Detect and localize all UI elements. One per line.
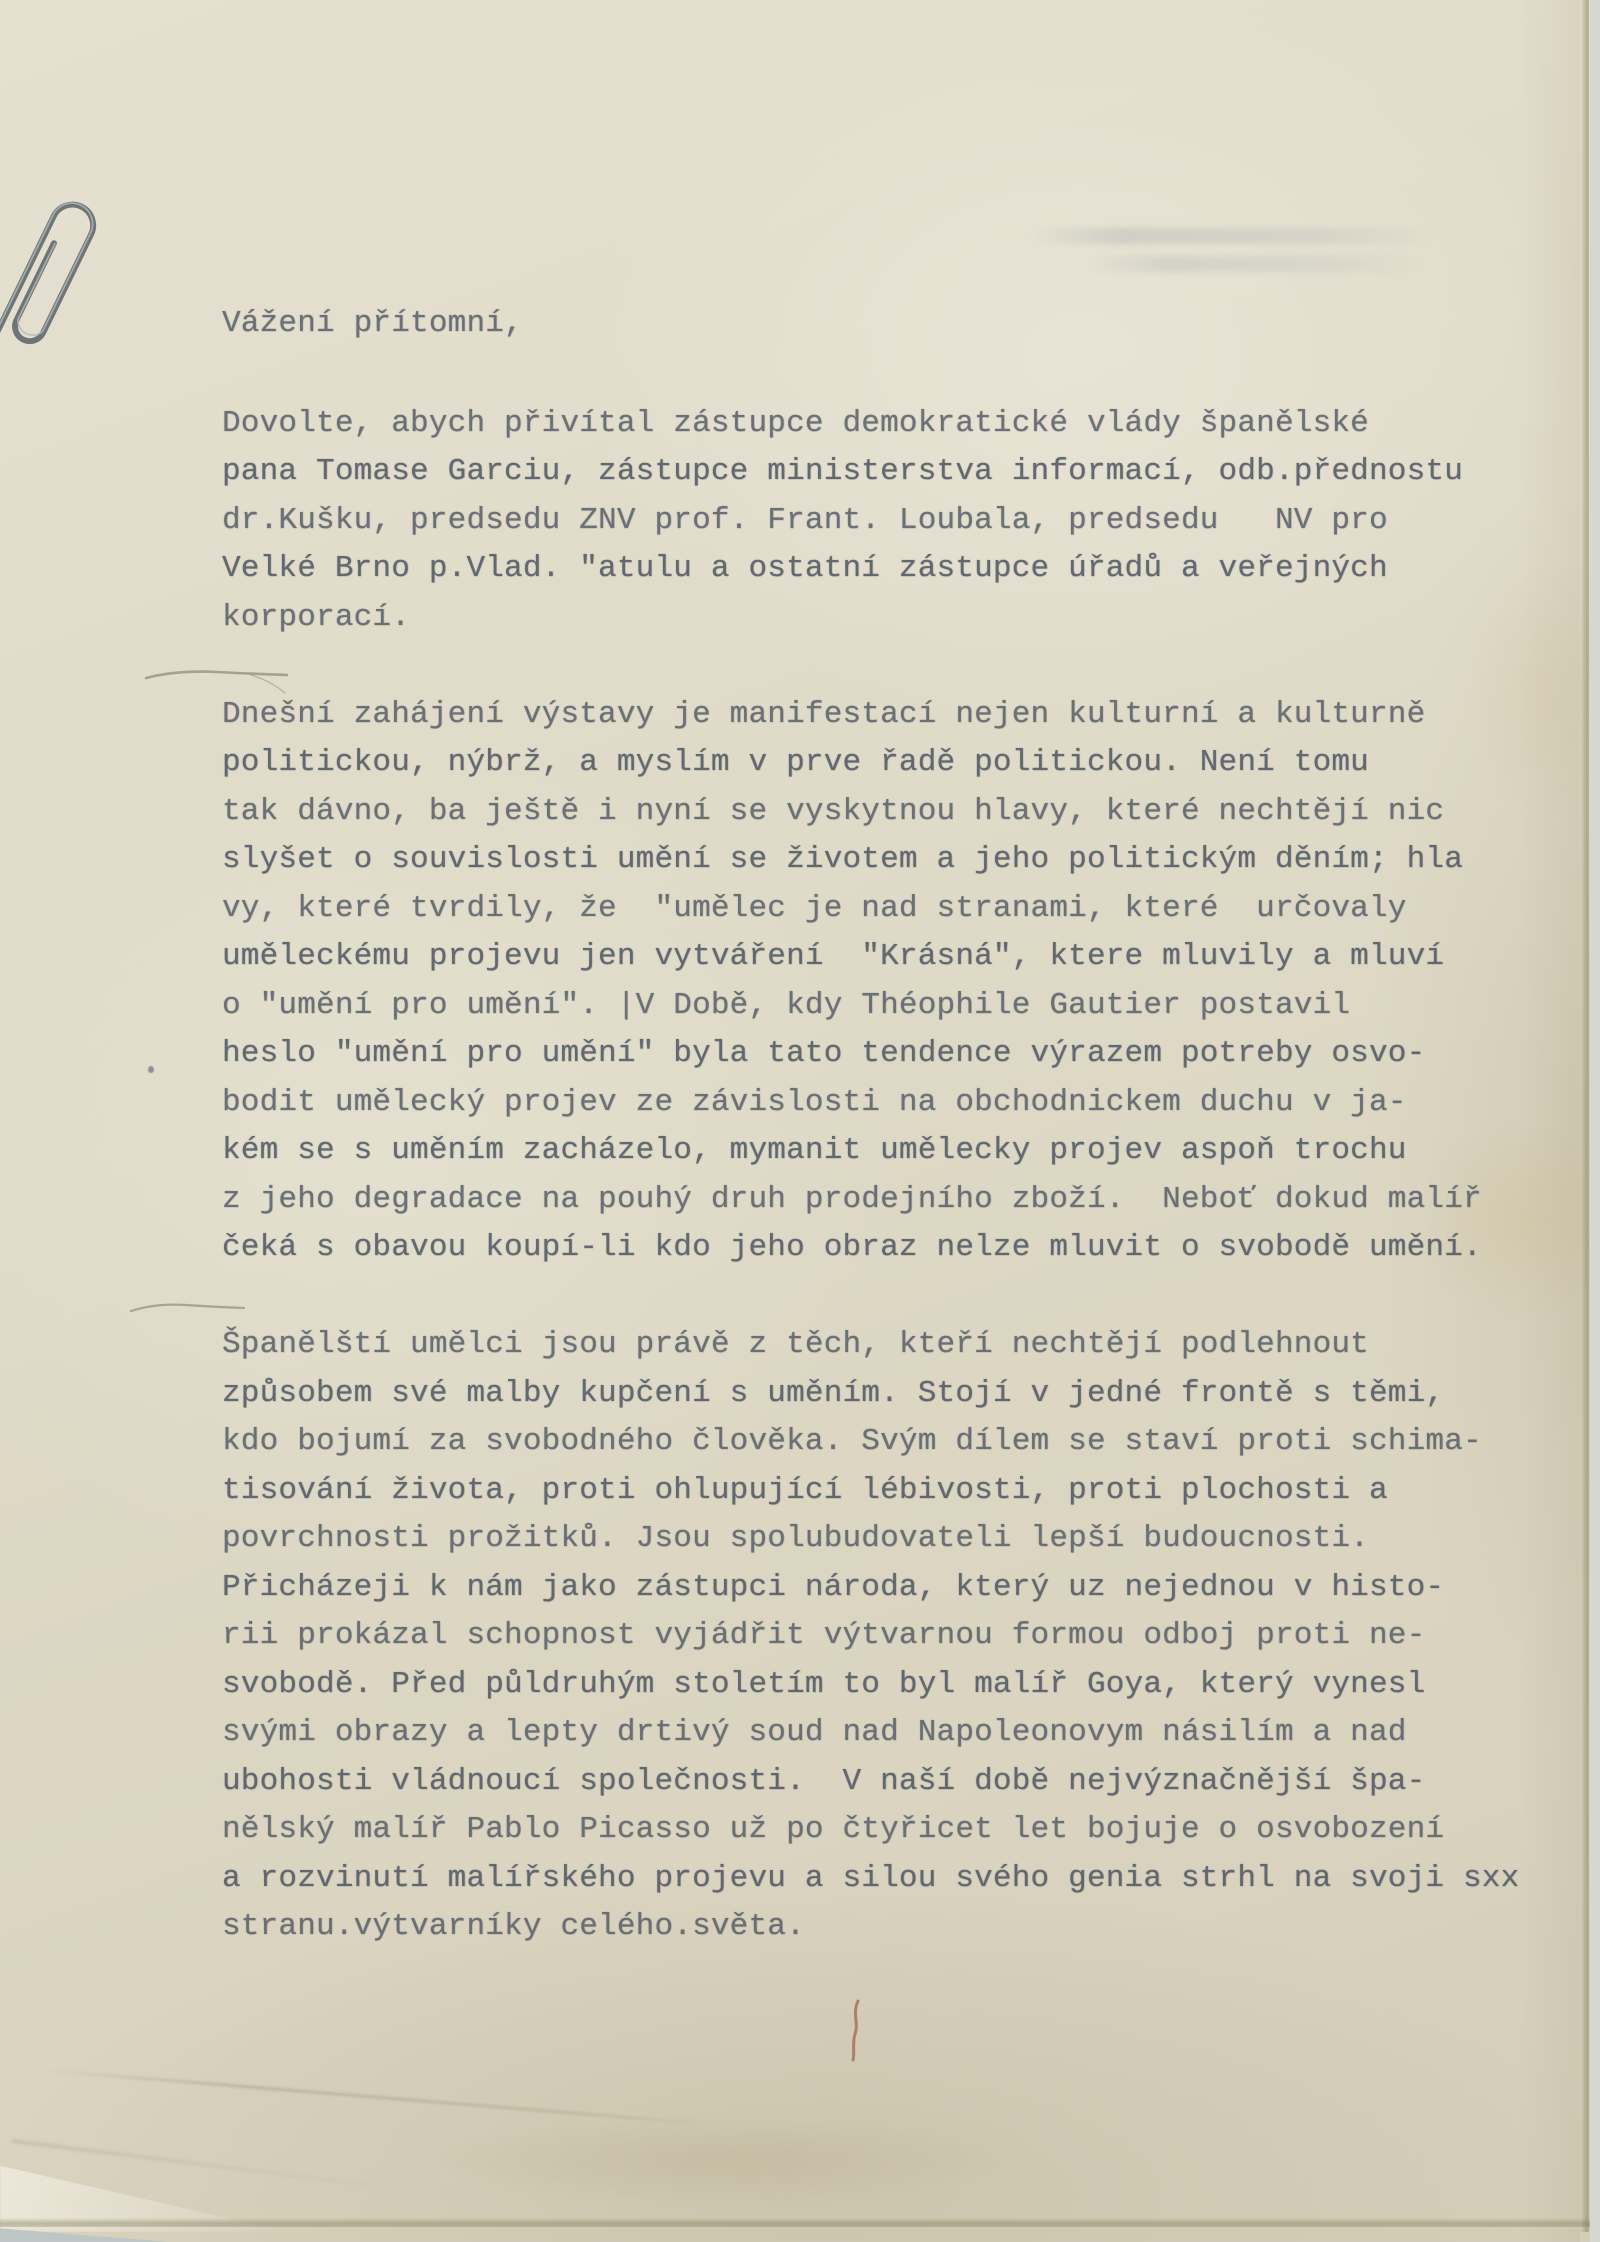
text-line: kdo bojumí za svobodného člověka. Svým d… <box>222 1418 1552 1467</box>
paper-edge-bottom <box>0 2218 1590 2227</box>
paperclip-icon <box>0 177 124 382</box>
pencil-margin-mark <box>128 1298 248 1328</box>
text-line: z jeho degradace na pouhý druh prodejníh… <box>222 1176 1552 1225</box>
text-line: svobodě. Před půldruhým stoletím to byl … <box>222 1661 1552 1710</box>
text-line: dr.Kušku, predsedu ZNV prof. Frant. Loub… <box>222 497 1552 546</box>
text-line: ubohosti vládnoucí společnosti. V naší d… <box>222 1758 1552 1807</box>
text-line: rii prokázal schopnost vyjádřit výtvarno… <box>222 1612 1552 1661</box>
text-line: kém se s uměním zacházelo, mymanit uměle… <box>222 1127 1552 1176</box>
paper-edge-right <box>1580 0 1589 2232</box>
text-line: způsobem své malby kupčení s uměním. Sto… <box>222 1370 1552 1419</box>
text-line: politickou, nýbrž, a myslím v prve řadě … <box>222 739 1552 788</box>
text-line: korporací. <box>222 594 1552 643</box>
text-line: tisování života, proti ohlupující lébivo… <box>222 1467 1552 1516</box>
text-line: vy, které tvrdily, že "umělec je nad str… <box>222 885 1552 934</box>
text-line: slyšet o souvislosti umění se životem a … <box>222 836 1552 885</box>
text-line: Dnešní zahájení výstavy je manifestací n… <box>222 691 1552 740</box>
text-line: o "umění pro umění". |V Době, kdy Théoph… <box>222 982 1552 1031</box>
paragraph-3: Španělští umělci jsou právě z těch, kteř… <box>222 1321 1552 1952</box>
text-line: a rozvinutí malířského projevu a silou s… <box>222 1855 1552 1904</box>
pencil-margin-mark <box>143 664 293 700</box>
salutation-line: Vážení přítomní, <box>222 300 1552 349</box>
paper-crease <box>41 2069 719 2127</box>
text-line: nělský malíř Pablo Picasso už po čtyřice… <box>222 1806 1552 1855</box>
text-line: pana Tomase Garciu, zástupce ministerstv… <box>222 448 1552 497</box>
text-line: bodit umělecký projev ze závislosti na o… <box>222 1079 1552 1128</box>
text-line: čeká s obavou koupí-li kdo jeho obraz ne… <box>222 1224 1552 1273</box>
paper-shading-right <box>1520 0 1580 2242</box>
ink-dot <box>148 1066 154 1073</box>
paper-stain <box>440 2120 1000 2200</box>
paragraph-2: Dnešní zahájení výstavy je manifestací n… <box>222 691 1552 1273</box>
text-line: stranu.výtvarníky celého.světa. <box>222 1903 1552 1952</box>
ink-bleedthrough <box>1030 228 1430 244</box>
document-page: Vážení přítomní, Dovolte, abych přivítal… <box>0 0 1590 2242</box>
text-block: Vážení přítomní, Dovolte, abych přivítal… <box>222 300 1552 1952</box>
text-line: heslo "umění pro umění" byla tato tenden… <box>222 1030 1552 1079</box>
text-line: Dovolte, abych přivítal zástupce demokra… <box>222 400 1552 449</box>
scanner-background <box>1590 0 1600 2242</box>
text-line: svými obrazy a lepty drtivý soud nad Nap… <box>222 1709 1552 1758</box>
paragraph-1: Dovolte, abych přivítal zástupce demokra… <box>222 400 1552 643</box>
text-line: Španělští umělci jsou právě z těch, kteř… <box>222 1321 1552 1370</box>
text-line: Přicházeji k nám jako zástupci národa, k… <box>222 1564 1552 1613</box>
red-pen-mark <box>846 1998 866 2064</box>
ink-bleedthrough <box>1080 256 1420 272</box>
text-line: povrchnosti prožitků. Jsou spolubudovate… <box>222 1515 1552 1564</box>
text-line: uměleckému projevu jen vytváření "Krásná… <box>222 933 1552 982</box>
text-line: Velké Brno p.Vlad. "atulu a ostatní zást… <box>222 545 1552 594</box>
text-line: tak dávno, ba ještě i nyní se vyskytnou … <box>222 788 1552 837</box>
